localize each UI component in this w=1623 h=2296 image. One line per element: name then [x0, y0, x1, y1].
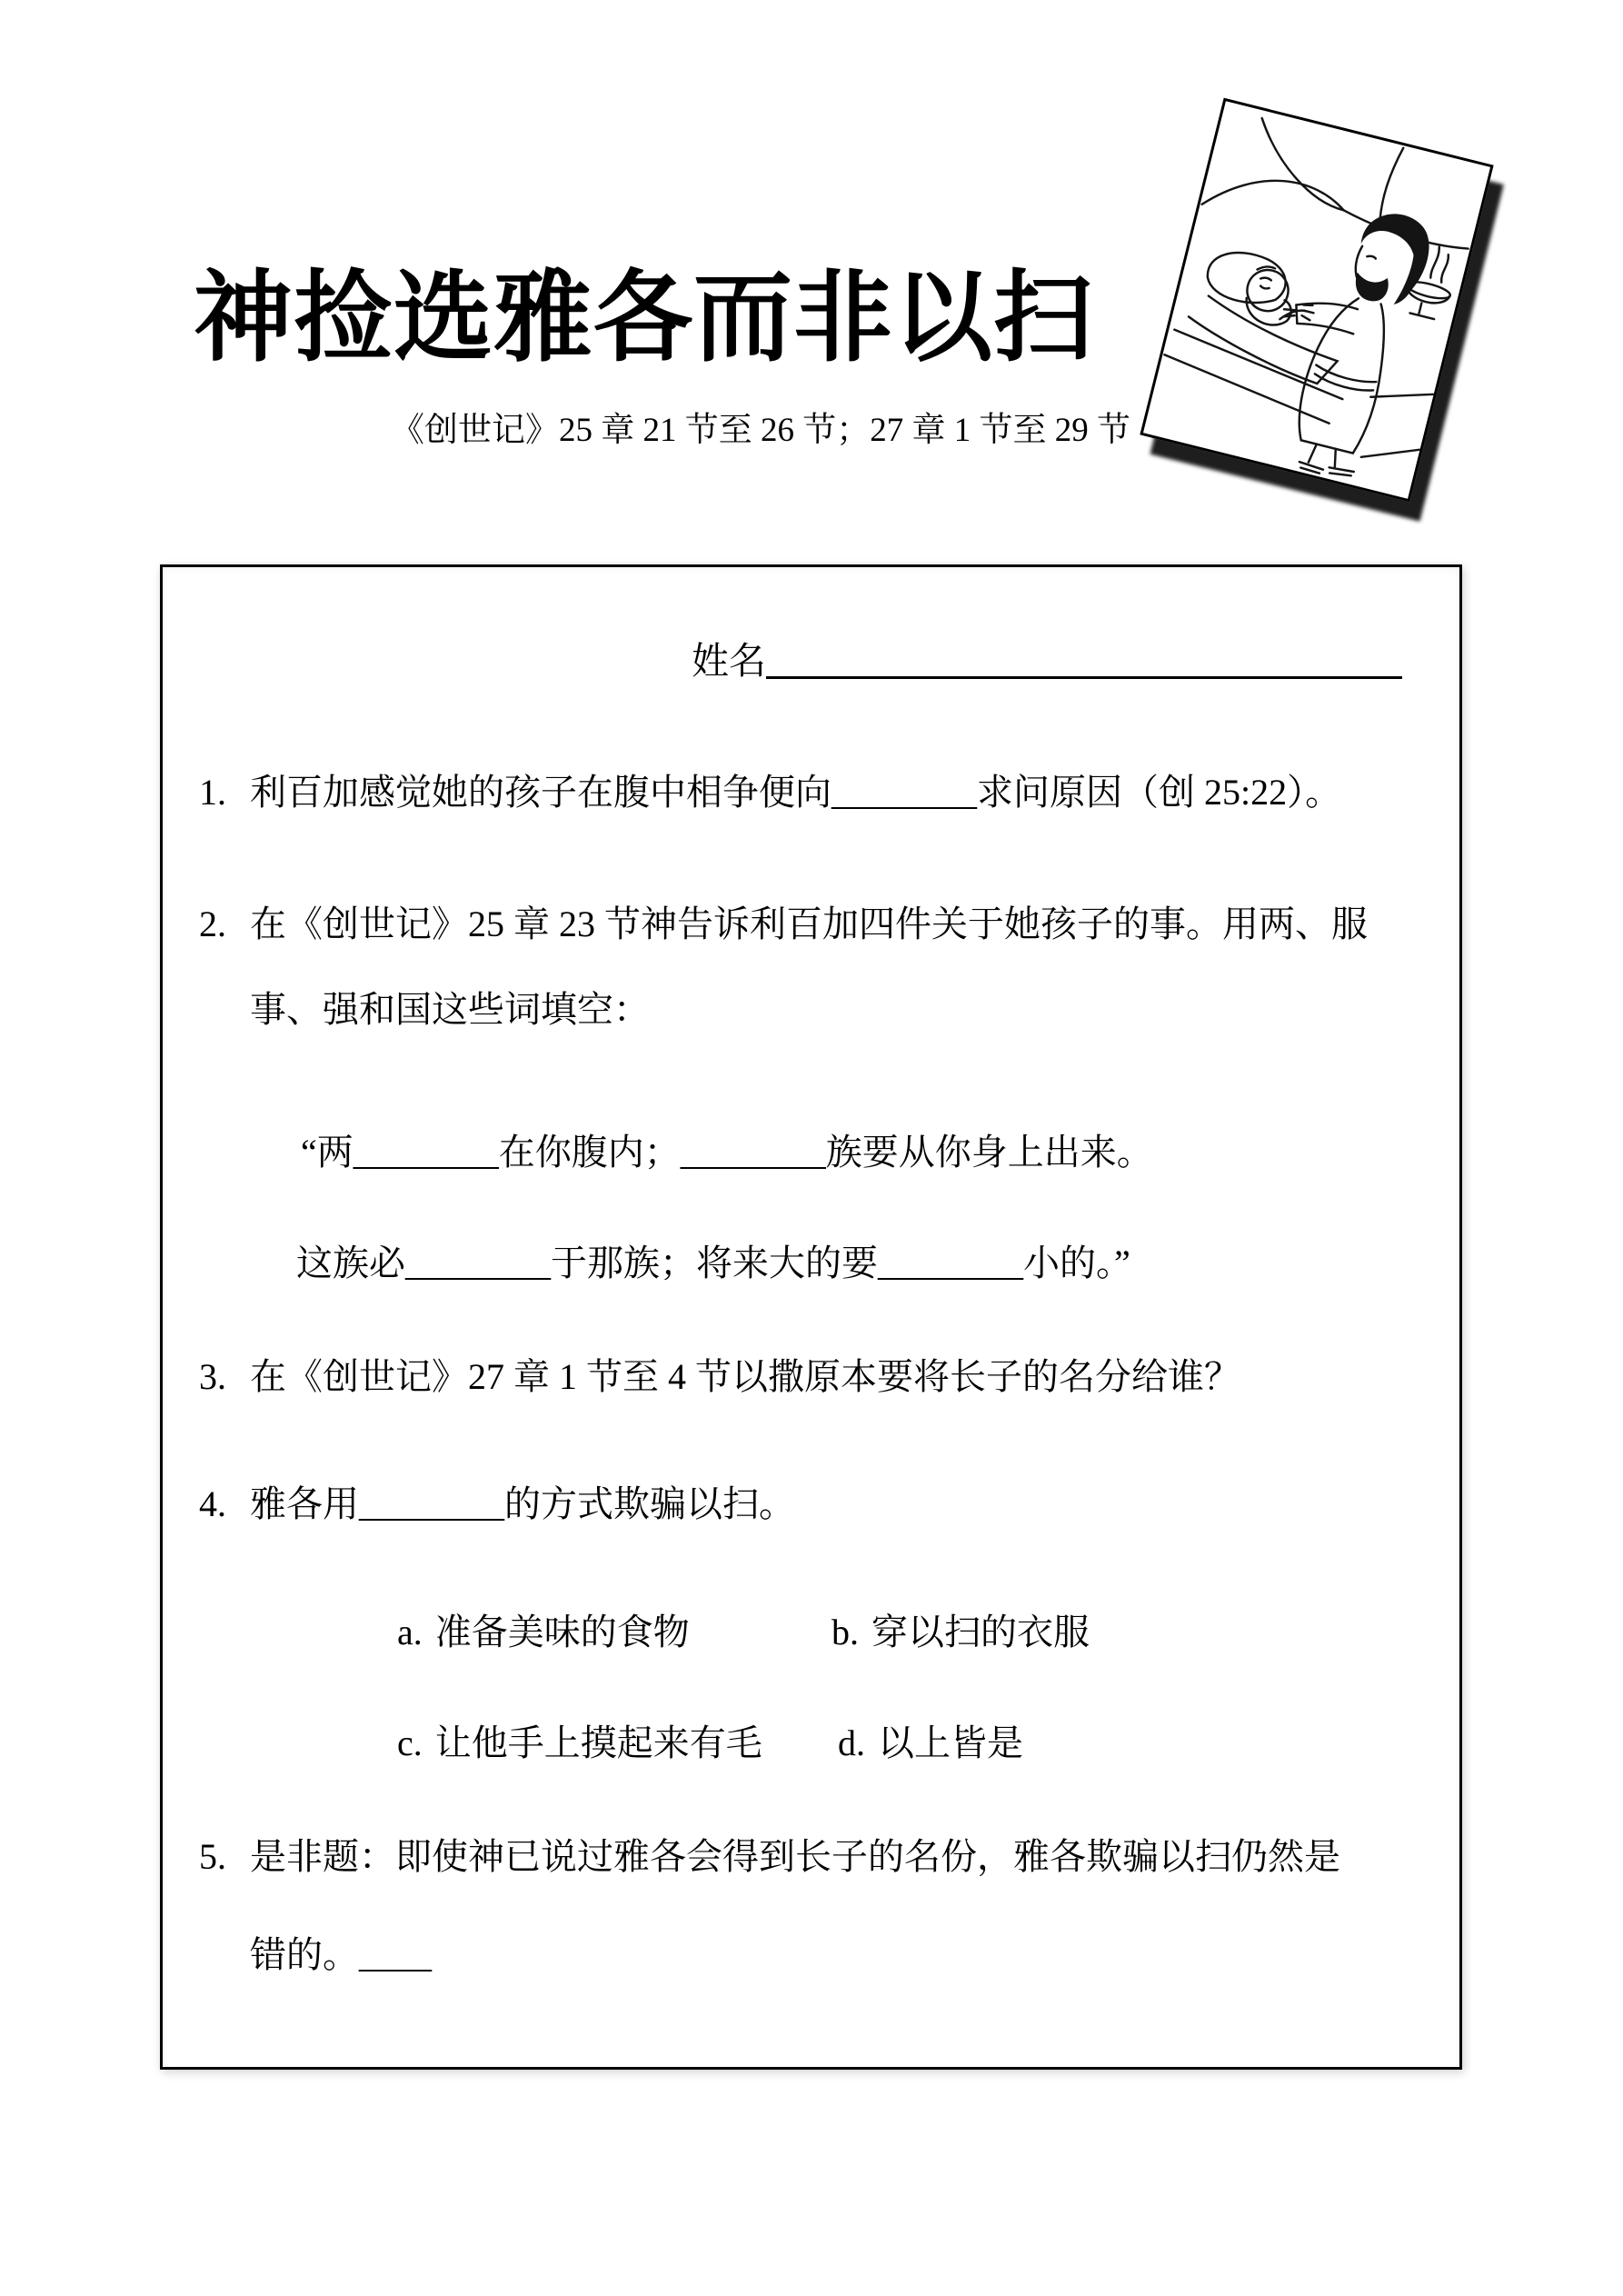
option-a-text: 准备美味的食物 — [435, 1612, 690, 1652]
name-blank-line — [766, 639, 1402, 679]
option-c-label: c. — [397, 1722, 423, 1763]
page-title: 神捡选雅各而非以扫 — [194, 269, 1093, 368]
option-d-label: d. — [838, 1722, 865, 1763]
question-2-number: 2. — [199, 901, 250, 948]
question-4-option-a: a.准备美味的食物 — [397, 1609, 690, 1656]
jacob-isaac-illustration-icon — [1143, 101, 1490, 498]
question-4-option-b: b.穿以扫的衣服 — [831, 1609, 1090, 1656]
question-2: 2.在《创世记》25 章 23 节神告诉利百加四件关于她孩子的事。用两、服 — [199, 901, 1368, 948]
illustration-card — [1140, 98, 1493, 503]
question-1-number: 1. — [199, 769, 250, 816]
scripture-reference: 《创世记》25 章 21 节至 26 节；27 章 1 节至 29 节 — [391, 411, 1130, 451]
question-1-text: 利百加感觉她的孩子在腹中相争便向________求问原因（创 25:22）。 — [250, 772, 1341, 813]
option-b-text: 穿以扫的衣服 — [871, 1612, 1090, 1652]
question-3-text: 在《创世记》27 章 1 节至 4 节以撒原本要将长子的名分给谁？ — [250, 1356, 1240, 1397]
question-4-text: 雅各用________的方式欺骗以扫。 — [250, 1483, 795, 1524]
question-4-number: 4. — [199, 1481, 250, 1528]
question-4-option-c: c.让他手上摸起来有毛 — [397, 1720, 762, 1767]
name-label: 姓名 — [692, 640, 766, 682]
option-a-label: a. — [397, 1612, 423, 1652]
question-5-number: 5. — [199, 1833, 250, 1881]
question-1: 1.利百加感觉她的孩子在腹中相争便向________求问原因（创 25:22）。 — [199, 769, 1341, 816]
worksheet-box: 姓名 1.利百加感觉她的孩子在腹中相争便向________求问原因（创 25:2… — [160, 564, 1462, 2070]
question-2-text-line1: 在《创世记》25 章 23 节神告诉利百加四件关于她孩子的事。用两、服 — [250, 903, 1368, 944]
question-4: 4.雅各用________的方式欺骗以扫。 — [199, 1481, 795, 1528]
question-2-text-line2: 事、强和国这些词填空： — [250, 986, 650, 1033]
question-4-option-d: d.以上皆是 — [838, 1720, 1023, 1767]
question-5: 5.是非题：即使神已说过雅各会得到长子的名份，雅各欺骗以扫仍然是 — [199, 1833, 1340, 1881]
option-c-text: 让他手上摸起来有毛 — [435, 1722, 762, 1763]
question-2-quote-line1: “两________在你腹内；________族要从你身上出来。 — [301, 1129, 1153, 1176]
question-2-quote-line2: 这族必________于那族；将来大的要________小的。” — [296, 1240, 1130, 1287]
question-3: 3.在《创世记》27 章 1 节至 4 节以撒原本要将长子的名分给谁？ — [199, 1353, 1240, 1401]
option-b-label: b. — [831, 1612, 859, 1652]
name-row: 姓名 — [692, 631, 1402, 684]
option-d-text: 以上皆是 — [878, 1722, 1023, 1763]
question-5-text-line2: 错的。____ — [250, 1932, 432, 1979]
question-5-text-line1: 是非题：即使神已说过雅各会得到长子的名份，雅各欺骗以扫仍然是 — [250, 1836, 1340, 1877]
question-3-number: 3. — [199, 1353, 250, 1401]
